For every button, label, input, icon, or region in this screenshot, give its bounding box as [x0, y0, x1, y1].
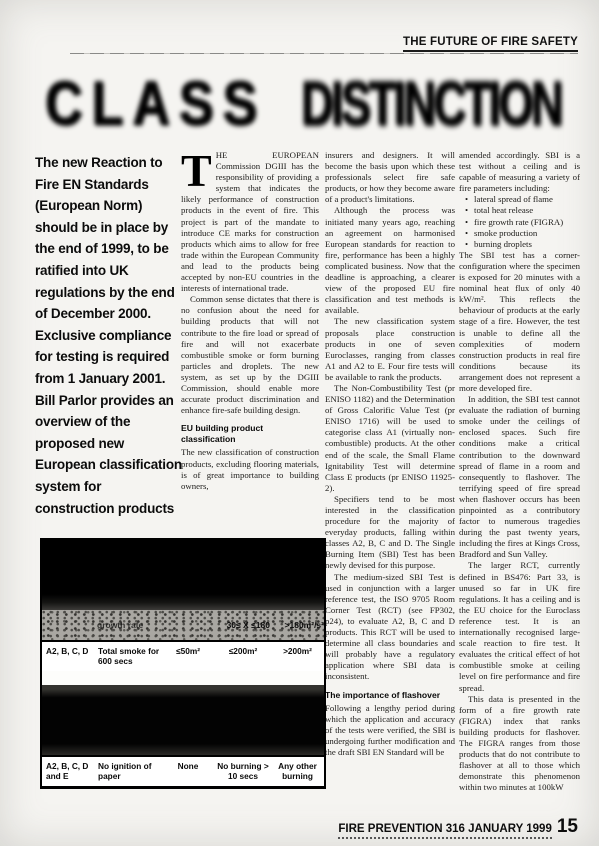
body-column-1: THE EUROPEAN Commission DGIII has the re… — [181, 150, 319, 540]
paragraph: This data is presented in the form of a … — [459, 694, 580, 794]
table-row-smoke: A2, B, C, D Total smoke for 600 secs ≤50… — [42, 640, 324, 671]
paragraph: THE EUROPEAN Commission DGIII has the re… — [181, 150, 319, 294]
table-cell-value: >200m² — [274, 646, 324, 656]
body-column-2: insurers and designers. It will become t… — [325, 150, 455, 832]
table-figra-header-row: growth rate 30≤ X ≤180 >180m²/s² — [42, 610, 324, 640]
bullet-item: fire growth rate (FIGRA) — [474, 217, 580, 228]
title-word-class: CLASS — [45, 68, 266, 140]
paragraph: insurers and designers. It will become t… — [325, 150, 455, 205]
standfirst: The new Reaction to Fire EN Standards (E… — [35, 152, 182, 519]
bullet-item: lateral spread of flame — [474, 194, 580, 205]
article-title: CLASS DISTINCTION — [45, 68, 561, 128]
table-cell-growth-rate: growth rate — [42, 620, 212, 630]
fire-test-table: growth rate 30≤ X ≤180 >180m²/s² A2, B, … — [40, 538, 326, 789]
table-cell-value: No burning > 10 secs — [212, 761, 274, 781]
table-cell-figra-over: >180m²/s² — [285, 620, 324, 630]
body-column-3: amended accordingly. SBI is a test witho… — [459, 150, 580, 832]
table-cell-classes: A2, B, C, D and E — [42, 761, 98, 781]
magazine-page: THE FUTURE OF FIRE SAFETY CLASS DISTINCT… — [0, 0, 599, 846]
table-cell-value: ≤200m² — [212, 646, 274, 656]
bullet-item: total heat release — [474, 205, 580, 216]
paragraph: Although the process was initiated many … — [325, 205, 455, 316]
page-number: 15 — [557, 816, 578, 838]
journal-name: FIRE PREVENTION 316 JANUARY 1999 — [338, 823, 551, 839]
paragraph: Following a lengthy period during which … — [325, 703, 455, 758]
table-cell-criterion: Total smoke for 600 secs — [98, 646, 164, 666]
fire-parameter-list: lateral spread of flame total heat relea… — [459, 194, 580, 249]
bullet-item: burning droplets — [474, 239, 580, 250]
header-strapline: THE FUTURE OF FIRE SAFETY — [403, 36, 578, 52]
table-cell-value: ≤50m² — [164, 646, 212, 656]
section-heading-flashover: The importance of flashover — [325, 690, 455, 701]
table-cell-figra-range: 30≤ X ≤180 — [212, 620, 285, 630]
paragraph: The SBI test has a corner-configuration … — [459, 250, 580, 394]
paragraph: The larger RCT, currently defined in BS4… — [459, 560, 580, 693]
drop-cap: T — [181, 150, 216, 189]
paragraph: Specifiers tend to be most interested in… — [325, 494, 455, 572]
page-footer: FIRE PREVENTION 316 JANUARY 1999 15 — [338, 816, 578, 839]
table-obscured-region-middle — [42, 685, 324, 755]
table-obscured-region-top — [42, 538, 324, 610]
paragraph: In addition, the SBI test cannot evaluat… — [459, 394, 580, 560]
title-word-distinction: DISTINCTION — [301, 68, 561, 140]
header-rule — [70, 53, 578, 54]
table-blank-strip — [42, 671, 324, 685]
paragraph: Common sense dictates that there is no c… — [181, 294, 319, 416]
paragraph: The medium-sized SBI Test is used in con… — [325, 572, 455, 683]
table-cell-classes: A2, B, C, D — [42, 646, 98, 656]
bullet-item: smoke production — [474, 228, 580, 239]
paragraph: The new classification of construction p… — [181, 447, 319, 491]
table-cell-criterion: No ignition of paper — [98, 761, 164, 781]
table-row-ignition: A2, B, C, D and E No ignition of paper N… — [42, 755, 324, 786]
paragraph: The new classification system proposals … — [325, 316, 455, 383]
section-heading-eu-classification: EU building product classification — [181, 423, 319, 445]
table-cell-value: None — [164, 761, 212, 771]
paragraph: amended accordingly. SBI is a test witho… — [459, 150, 580, 194]
paragraph: The Non-Combustibility Test (pr ENISO 11… — [325, 383, 455, 494]
table-cell-value: Any other burning — [274, 761, 324, 781]
